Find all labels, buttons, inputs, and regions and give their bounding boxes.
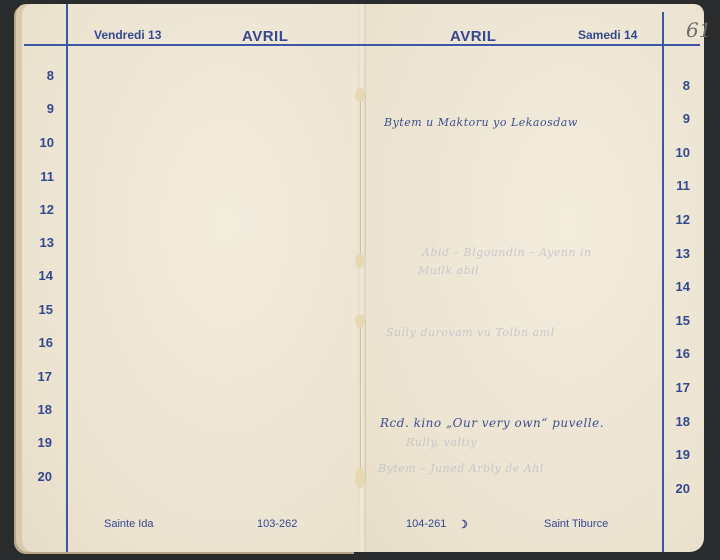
bleed-through-text: Rully, valtiy bbox=[406, 436, 477, 449]
right-margin-rule bbox=[662, 12, 664, 552]
right-day-counter: 104-261 bbox=[406, 518, 446, 530]
hour-label: 15 bbox=[668, 313, 690, 328]
hour-label: 9 bbox=[32, 101, 54, 116]
left-margin-rule bbox=[66, 4, 68, 552]
right-month-label: AVRIL bbox=[450, 28, 496, 45]
left-day-label: Vendredi 13 bbox=[94, 28, 161, 42]
stitch-knot bbox=[355, 254, 365, 268]
hour-label: 19 bbox=[30, 435, 52, 450]
stitch-knot bbox=[355, 468, 365, 488]
hour-label: 15 bbox=[31, 302, 53, 317]
left-saint-name: Sainte Ida bbox=[104, 518, 154, 530]
header-rule bbox=[24, 44, 700, 46]
bleed-through-text: Abid – Blgoundin – Ayenn in bbox=[422, 246, 592, 259]
hour-label: 8 bbox=[668, 78, 690, 93]
binding-stitch-lower bbox=[360, 320, 366, 484]
hour-label: 11 bbox=[32, 169, 54, 184]
hour-label: 12 bbox=[32, 202, 54, 217]
hour-label: 10 bbox=[32, 135, 54, 150]
handwritten-note: Rcd. kino „Our very own“ puvelle. bbox=[380, 416, 604, 430]
hour-label: 17 bbox=[30, 369, 52, 384]
hour-label: 11 bbox=[668, 178, 690, 193]
hour-label: 20 bbox=[668, 481, 690, 496]
hour-label: 14 bbox=[668, 279, 690, 294]
hour-label: 8 bbox=[32, 68, 54, 83]
bleed-through-text: Bytem – Juned Arbly de Ahl bbox=[378, 462, 544, 475]
hour-label: 16 bbox=[31, 335, 53, 350]
bleed-through-text: Muilk abil bbox=[418, 264, 479, 277]
right-saint-name: Saint Tiburce bbox=[544, 518, 608, 530]
hour-label: 13 bbox=[32, 235, 54, 250]
moon-phase-icon: ☽ bbox=[458, 518, 468, 531]
hour-label: 13 bbox=[668, 246, 690, 261]
bleed-through-text: Sully durovam vu Tolbn aml bbox=[386, 326, 555, 339]
hour-label: 18 bbox=[30, 402, 52, 417]
hour-label: 9 bbox=[668, 111, 690, 126]
hour-label: 17 bbox=[668, 380, 690, 395]
hour-label: 19 bbox=[668, 447, 690, 462]
hour-label: 14 bbox=[31, 268, 53, 283]
handwritten-note: Bytem u Maktoru yo Lekaosdaw bbox=[384, 116, 578, 129]
hour-label: 16 bbox=[668, 346, 690, 361]
hour-label: 20 bbox=[30, 469, 52, 484]
planner-book: Vendredi 13 AVRIL AVRIL Samedi 14 8 9 10… bbox=[14, 4, 704, 556]
stitch-knot bbox=[355, 88, 365, 102]
hour-label: 18 bbox=[668, 414, 690, 429]
left-page bbox=[22, 4, 362, 552]
right-day-label: Samedi 14 bbox=[578, 28, 637, 42]
page-number-annotation: 61 bbox=[686, 18, 711, 42]
hour-label: 10 bbox=[668, 145, 690, 160]
hour-label: 12 bbox=[668, 212, 690, 227]
binding-stitch-upper bbox=[360, 94, 366, 256]
stitch-knot bbox=[355, 314, 365, 328]
left-month-label: AVRIL bbox=[242, 28, 288, 45]
left-day-counter: 103-262 bbox=[257, 518, 297, 530]
